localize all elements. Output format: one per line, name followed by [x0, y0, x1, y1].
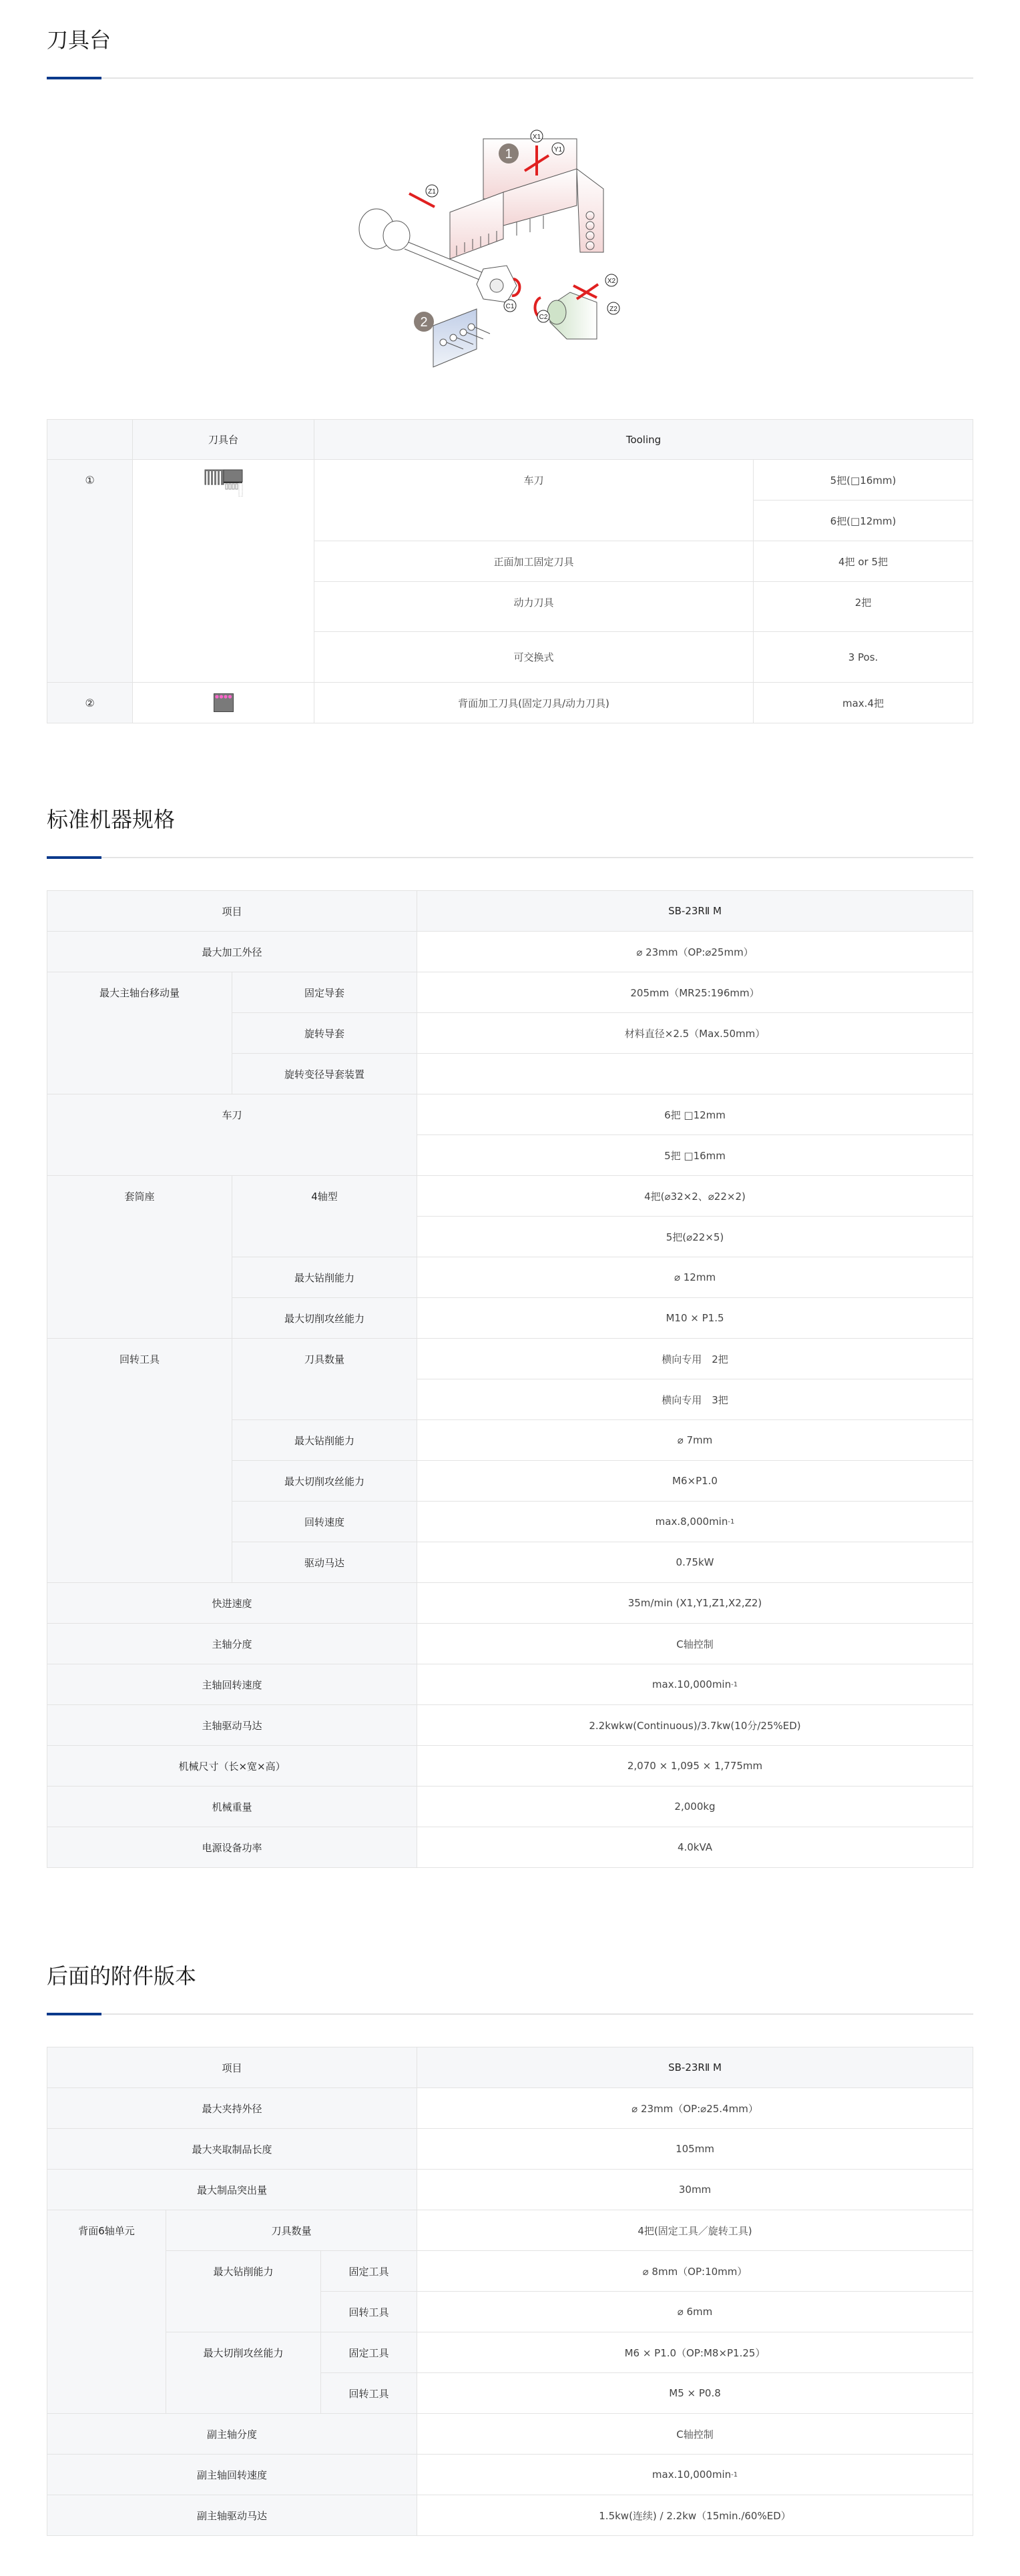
table-row: 副主轴分度 C轴控制: [47, 2414, 973, 2455]
svg-text:2: 2: [420, 315, 427, 330]
tool-item-turning: 车刀: [314, 460, 754, 541]
table-row: ② 背面加工刀具(固定刀具/动力刀具) max.4把: [47, 683, 973, 723]
col-header-no: [47, 420, 133, 460]
toolpost-icon-cell-2: [133, 683, 314, 723]
tool-item-exchangeable: 可交换式: [314, 632, 754, 683]
unit1-gang-tool: [450, 139, 603, 259]
col-header-model: SB-23RⅡ M: [417, 2047, 973, 2088]
table-row: 快进速度 35m/min (X1,Y1,Z1,X2,Z2): [47, 1583, 973, 1624]
gang-tool-post-icon: [204, 463, 244, 497]
tooling-table: 刀具台 Tooling ①: [47, 419, 973, 723]
table-row: 最大夹取制品长度 105mm: [47, 2129, 973, 2170]
table-row: 最大夹持外径 ⌀ 23mm（OP:⌀25.4mm）: [47, 2088, 973, 2129]
toolpost-no-2: ②: [47, 683, 133, 723]
standard-spec-section: 标准机器规格 项目 SB-23RⅡ M 最大加工外径 ⌀ 23mm（OP:⌀25…: [47, 723, 973, 1868]
machine-axes-diagram: 1 2 X1 Y1 Z1 C1 X2 Z2 C2: [356, 119, 664, 386]
rear-attachment-section: 后面的附件版本 项目 SB-23RⅡ M 最大夹持外径 ⌀ 23mm（OP:⌀2…: [47, 1868, 973, 2576]
svg-text:X1: X1: [533, 133, 541, 141]
svg-text:1: 1: [505, 147, 512, 162]
title-divider: [47, 77, 973, 79]
table-row: 车刀 6把 □12mm: [47, 1094, 973, 1135]
table-row: 回转工具 刀具数量 横向专用 2把: [47, 1339, 973, 1379]
toolpost-icon-cell-1: [133, 460, 314, 683]
table-row: 机械重量 2,000kg: [47, 1787, 973, 1827]
tool-value: 2把: [754, 582, 973, 632]
tooling-section: 刀具台: [47, 0, 973, 723]
sub-spindle: [547, 292, 597, 339]
table-row: 最大主轴台移动量 固定导套 205mm（MR25:196mm）: [47, 972, 973, 1013]
group-label-stroke: 最大主轴台移动量: [47, 972, 232, 1094]
svg-text:X2: X2: [607, 278, 616, 285]
table-row: ①: [47, 460, 973, 501]
tool-item-live: 动力刀具: [314, 582, 754, 632]
table-row: 主轴回转速度 max.10,000min-1: [47, 1664, 973, 1705]
group-label-sleeve: 套筒座: [47, 1176, 232, 1339]
svg-text:C2: C2: [539, 314, 548, 321]
tool-value: 4把 or 5把: [754, 541, 973, 582]
tool-item-front-fixed: 正面加工固定刀具: [314, 541, 754, 582]
tool-value: 3 Pos.: [754, 632, 973, 683]
table-row: 副主轴驱动马达 1.5kw(连续) / 2.2kw（15min./60%ED）: [47, 2495, 973, 2536]
tool-value: max.4把: [754, 683, 973, 723]
col-header-toolpost: 刀具台: [133, 420, 314, 460]
standard-spec-table: 项目 SB-23RⅡ M 最大加工外径 ⌀ 23mm（OP:⌀25mm） 最大主…: [47, 890, 973, 1868]
table-row: 最大制品突出量 30mm: [47, 2170, 973, 2210]
unit2-back-tool: [433, 309, 490, 367]
group-label-back-unit: 背面6轴单元: [47, 2210, 166, 2414]
svg-text:Z1: Z1: [428, 188, 436, 196]
col-header-item: 项目: [47, 891, 417, 932]
tool-value: 5把(□16mm): [754, 460, 973, 501]
group-label-rotary: 回转工具: [47, 1339, 232, 1583]
tool-item-back-machining: 背面加工刀具(固定刀具/动力刀具): [314, 683, 754, 723]
table-row: 机械尺寸（长×宽×高） 2,070 × 1,095 × 1,775mm: [47, 1746, 973, 1787]
table-row: 主轴驱动马达 2.2kwkw(Continuous)/3.7kw(10分/25%…: [47, 1705, 973, 1746]
title-accent-bar: [47, 77, 101, 79]
section-title-tooling: 刀具台: [47, 29, 973, 51]
group-label-turning: 车刀: [47, 1094, 417, 1176]
tool-value: 6把(□12mm): [754, 501, 973, 541]
title-divider: [47, 2013, 973, 2015]
title-accent-bar: [47, 856, 101, 859]
back-tool-post-icon: [214, 693, 234, 712]
section-title-rear: 后面的附件版本: [47, 1965, 973, 1987]
svg-text:Z2: Z2: [609, 306, 617, 313]
table-row: 副主轴回转速度 max.10,000min-1: [47, 2455, 973, 2495]
col-header-item: 项目: [47, 2047, 417, 2088]
svg-text:Y1: Y1: [554, 146, 563, 153]
col-header-model: SB-23RⅡ M: [417, 891, 973, 932]
toolpost-no-1: ①: [47, 460, 133, 683]
table-row: 套筒座 4轴型 4把(⌀32×2、⌀22×2): [47, 1176, 973, 1217]
table-row: 最大切削攻丝能力 固定工具 M6 × P1.0（OP:M8×P1.25）: [47, 2332, 973, 2373]
col-header-tooling: Tooling: [314, 420, 973, 460]
table-row: 主轴分度 C轴控制: [47, 1624, 973, 1664]
table-row: 最大钻削能力 固定工具 ⌀ 8mm（OP:10mm）: [47, 2251, 973, 2292]
table-row: 背面6轴单元 刀具数量 4把(固定工具／旋转工具): [47, 2210, 973, 2251]
rear-spec-table: 项目 SB-23RⅡ M 最大夹持外径 ⌀ 23mm（OP:⌀25.4mm） 最…: [47, 2047, 973, 2536]
svg-text:C1: C1: [506, 303, 515, 310]
section-title-standard: 标准机器规格: [47, 809, 973, 830]
tooling-diagram: 1 2 X1 Y1 Z1 C1 X2 Z2 C2: [47, 119, 973, 386]
title-divider: [47, 857, 973, 858]
table-row: 最大加工外径 ⌀ 23mm（OP:⌀25mm）: [47, 932, 973, 972]
table-row: 电源设备功率 4.0kVA: [47, 1827, 973, 1868]
title-accent-bar: [47, 2013, 101, 2015]
